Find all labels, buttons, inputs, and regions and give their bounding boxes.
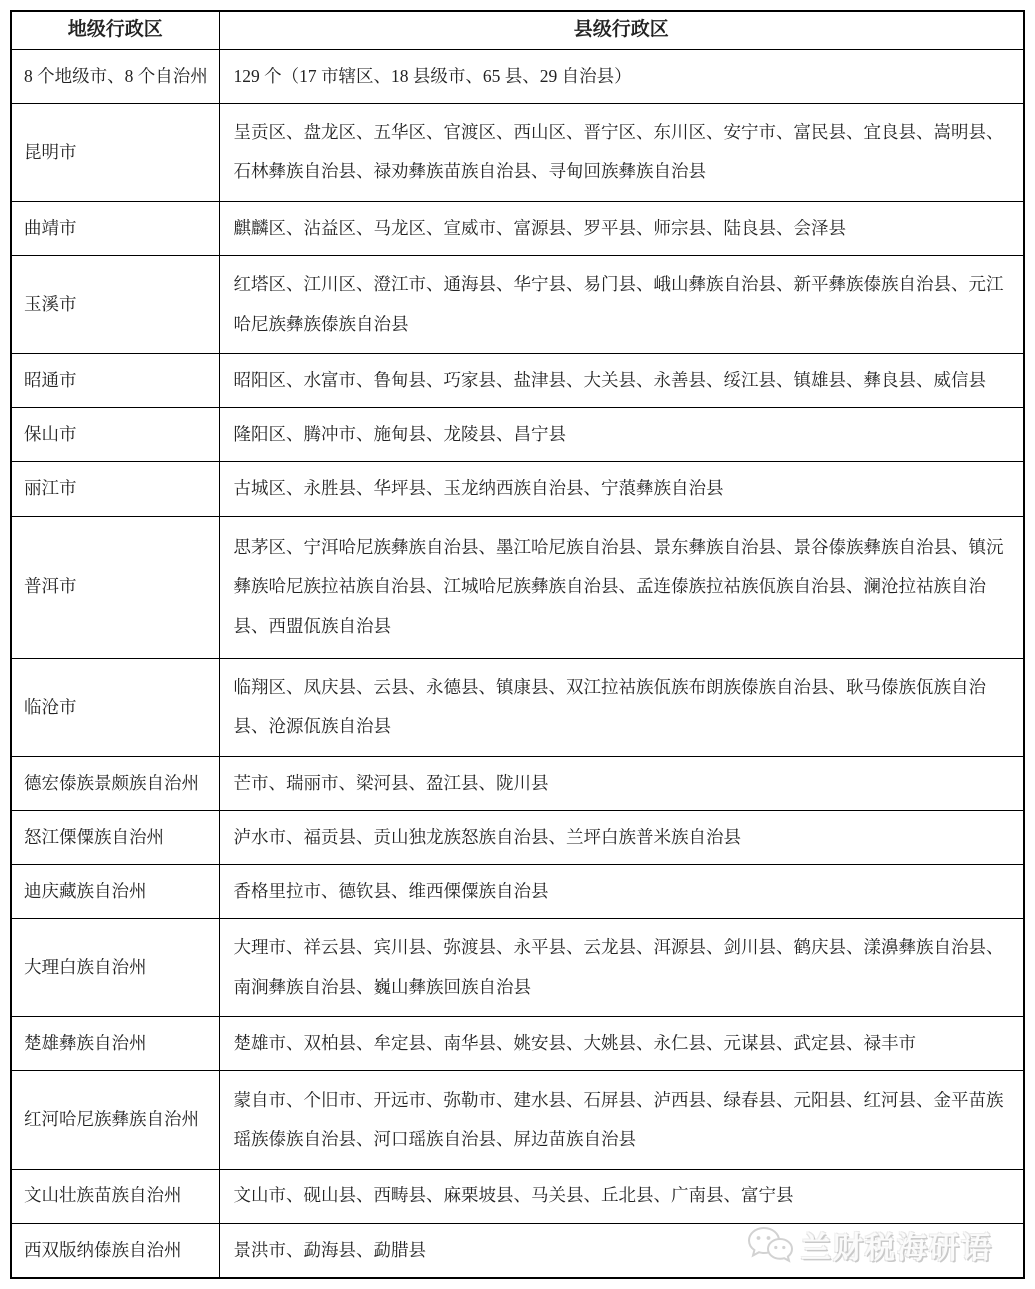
table-row: 大理白族自治州 大理市、祥云县、宾川县、弥渡县、永平县、云龙县、洱源县、剑川县、… [11, 919, 1024, 1017]
county-list-cell: 129 个（17 市辖区、18 县级市、65 县、29 自治县） [219, 49, 1024, 103]
table-row: 8 个地级市、8 个自治州 129 个（17 市辖区、18 县级市、65 县、2… [11, 49, 1024, 103]
region-cell: 红河哈尼族彝族自治州 [11, 1071, 219, 1169]
region-cell: 怒江傈僳族自治州 [11, 810, 219, 864]
county-list-cell: 古城区、永胜县、华坪县、玉龙纳西族自治县、宁蒗彝族自治县 [219, 462, 1024, 516]
region-cell: 丽江市 [11, 462, 219, 516]
table-row: 昆明市 呈贡区、盘龙区、五华区、官渡区、西山区、晋宁区、东川区、安宁市、富民县、… [11, 103, 1024, 201]
region-cell: 大理白族自治州 [11, 919, 219, 1017]
county-list-cell: 芒市、瑞丽市、梁河县、盈江县、陇川县 [219, 756, 1024, 810]
region-cell: 保山市 [11, 408, 219, 462]
county-list-cell: 蒙自市、个旧市、开远市、弥勒市、建水县、石屏县、泸西县、绿春县、元阳县、红河县、… [219, 1071, 1024, 1169]
table-row: 红河哈尼族彝族自治州 蒙自市、个旧市、开远市、弥勒市、建水县、石屏县、泸西县、绿… [11, 1071, 1024, 1169]
table-row: 西双版纳傣族自治州 景洪市、勐海县、勐腊县 [11, 1223, 1024, 1278]
table-row: 楚雄彝族自治州 楚雄市、双柏县、牟定县、南华县、姚安县、大姚县、永仁县、元谋县、… [11, 1017, 1024, 1071]
county-list-cell: 红塔区、江川区、澄江市、通海县、华宁县、易门县、峨山彝族自治县、新平彝族傣族自治… [219, 256, 1024, 354]
table-row: 临沧市 临翔区、凤庆县、云县、永德县、镇康县、双江拉祜族佤族布朗族傣族自治县、耿… [11, 658, 1024, 756]
region-cell: 文山壮族苗族自治州 [11, 1169, 219, 1223]
table-row: 昭通市 昭阳区、水富市、鲁甸县、巧家县、盐津县、大关县、永善县、绥江县、镇雄县、… [11, 354, 1024, 408]
county-list-cell: 香格里拉市、德钦县、维西傈僳族自治县 [219, 865, 1024, 919]
county-list-cell: 麒麟区、沾益区、马龙区、宣威市、富源县、罗平县、师宗县、陆良县、会泽县 [219, 202, 1024, 256]
admin-divisions-table: 地级行政区 县级行政区 8 个地级市、8 个自治州 129 个（17 市辖区、1… [10, 10, 1025, 1279]
table-header: 地级行政区 县级行政区 [11, 11, 1024, 49]
region-cell: 昭通市 [11, 354, 219, 408]
county-list-cell: 隆阳区、腾冲市、施甸县、龙陵县、昌宁县 [219, 408, 1024, 462]
table-row: 普洱市 思茅区、宁洱哈尼族彝族自治县、墨江哈尼族自治县、景东彝族自治县、景谷傣族… [11, 516, 1024, 658]
county-list-cell: 呈贡区、盘龙区、五华区、官渡区、西山区、晋宁区、东川区、安宁市、富民县、宜良县、… [219, 103, 1024, 201]
table-row: 曲靖市 麒麟区、沾益区、马龙区、宣威市、富源县、罗平县、师宗县、陆良县、会泽县 [11, 202, 1024, 256]
region-cell: 曲靖市 [11, 202, 219, 256]
table-row: 德宏傣族景颇族自治州 芒市、瑞丽市、梁河县、盈江县、陇川县 [11, 756, 1024, 810]
header-county-column: 县级行政区 [219, 11, 1024, 49]
region-cell: 玉溪市 [11, 256, 219, 354]
table-row: 丽江市 古城区、永胜县、华坪县、玉龙纳西族自治县、宁蒗彝族自治县 [11, 462, 1024, 516]
county-list-cell: 思茅区、宁洱哈尼族彝族自治县、墨江哈尼族自治县、景东彝族自治县、景谷傣族彝族自治… [219, 516, 1024, 658]
county-list-cell: 临翔区、凤庆县、云县、永德县、镇康县、双江拉祜族佤族布朗族傣族自治县、耿马傣族佤… [219, 658, 1024, 756]
region-cell: 德宏傣族景颇族自治州 [11, 756, 219, 810]
county-list-cell: 景洪市、勐海县、勐腊县 [219, 1223, 1024, 1278]
table-body: 8 个地级市、8 个自治州 129 个（17 市辖区、18 县级市、65 县、2… [11, 49, 1024, 1278]
table-row: 玉溪市 红塔区、江川区、澄江市、通海县、华宁县、易门县、峨山彝族自治县、新平彝族… [11, 256, 1024, 354]
county-list-cell: 昭阳区、水富市、鲁甸县、巧家县、盐津县、大关县、永善县、绥江县、镇雄县、彝良县、… [219, 354, 1024, 408]
table-row: 怒江傈僳族自治州 泸水市、福贡县、贡山独龙族怒族自治县、兰坪白族普米族自治县 [11, 810, 1024, 864]
region-cell: 普洱市 [11, 516, 219, 658]
region-cell: 8 个地级市、8 个自治州 [11, 49, 219, 103]
region-cell: 昆明市 [11, 103, 219, 201]
header-region-column: 地级行政区 [11, 11, 219, 49]
region-cell: 西双版纳傣族自治州 [11, 1223, 219, 1278]
header-row: 地级行政区 县级行政区 [11, 11, 1024, 49]
region-cell: 迪庆藏族自治州 [11, 865, 219, 919]
county-list-cell: 文山市、砚山县、西畴县、麻栗坡县、马关县、丘北县、广南县、富宁县 [219, 1169, 1024, 1223]
county-list-cell: 泸水市、福贡县、贡山独龙族怒族自治县、兰坪白族普米族自治县 [219, 810, 1024, 864]
county-list-cell: 大理市、祥云县、宾川县、弥渡县、永平县、云龙县、洱源县、剑川县、鹤庆县、漾濞彝族… [219, 919, 1024, 1017]
table-row: 迪庆藏族自治州 香格里拉市、德钦县、维西傈僳族自治县 [11, 865, 1024, 919]
table-row: 文山壮族苗族自治州 文山市、砚山县、西畴县、麻栗坡县、马关县、丘北县、广南县、富… [11, 1169, 1024, 1223]
table-row: 保山市 隆阳区、腾冲市、施甸县、龙陵县、昌宁县 [11, 408, 1024, 462]
county-list-cell: 楚雄市、双柏县、牟定县、南华县、姚安县、大姚县、永仁县、元谋县、武定县、禄丰市 [219, 1017, 1024, 1071]
document-page: 地级行政区 县级行政区 8 个地级市、8 个自治州 129 个（17 市辖区、1… [0, 0, 1035, 1289]
region-cell: 楚雄彝族自治州 [11, 1017, 219, 1071]
region-cell: 临沧市 [11, 658, 219, 756]
